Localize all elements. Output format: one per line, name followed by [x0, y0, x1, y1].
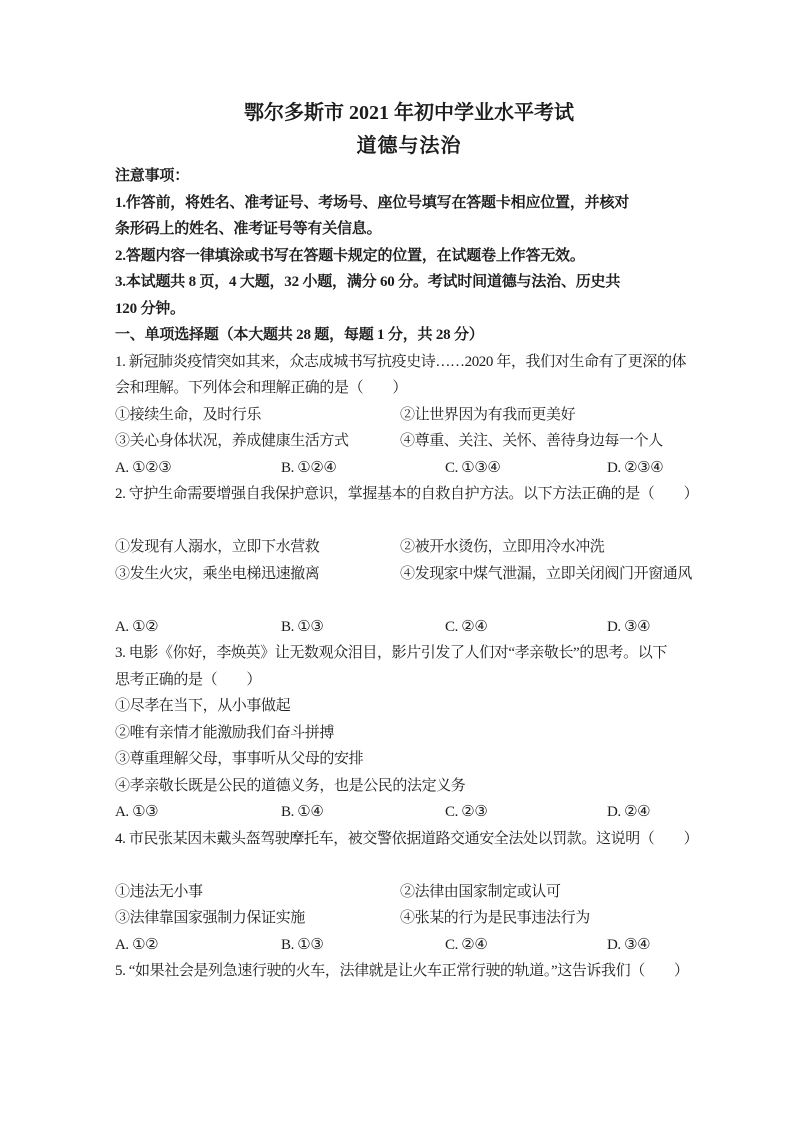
question-4-options-row-1: ①违法无小事②法律由国家制定或认可 [115, 879, 703, 906]
notice-line-1: 1.作答前，将姓名、准考证号、考场号、座位号填写在答题卡相应位置，并核对 [115, 190, 703, 217]
exam-paper-page: 鄂尔多斯市 2021 年初中学业水平考试 道德与法治 注意事项： 1.作答前，将… [0, 0, 793, 1122]
question-4-options-row-1-cell-2: ②法律由国家制定或认可 [400, 879, 703, 906]
spacer [115, 852, 703, 879]
question-2-options-row-1-cell-1: ①发现有人溺水，立即下水营救 [115, 534, 400, 561]
notice-line-4: 3.本试题共 8 页，4 大题，32 小题，满分 60 分。考试时间道德与法治、… [115, 269, 703, 296]
question-4-choices: A. ①②B. ①③C. ②④D. ③④ [115, 932, 703, 959]
question-3-option-4: ④孝亲敬长既是公民的道德义务，也是公民的法定义务 [115, 773, 703, 800]
question-1-options-row-2-cell-2: ④尊重、关注、关怀、善待身边每一个人 [400, 428, 703, 455]
question-1-choices-cell-1: A. ①②③ [115, 455, 281, 482]
question-5-stem: 5. “如果社会是列急速行驶的火车，法律就是让火车正常行驶的轨道。”这告诉我们（… [115, 958, 703, 985]
question-1-choices-cell-3: C. ①③④ [445, 455, 607, 482]
question-2-options-row-2: ③发生火灾，乘坐电梯迅速撤离④发现家中煤气泄漏，立即关闭阀门开窗通风 [115, 561, 703, 588]
question-2-choices-cell-4: D. ③④ [607, 614, 703, 641]
notice-line-5: 120 分钟。 [115, 296, 703, 323]
question-2-choices-cell-2: B. ①③ [281, 614, 445, 641]
notice-line-3: 2.答题内容一律填涂或书写在答题卡规定的位置，在试题卷上作答无效。 [115, 243, 703, 270]
question-4-choices-cell-3: C. ②④ [445, 932, 607, 959]
question-1-options-row-2: ③关心身体状况，养成健康生活方式④尊重、关注、关怀、善待身边每一个人 [115, 428, 703, 455]
question-2-stem: 2. 守护生命需要增强自我保护意识，掌握基本的自救自护方法。以下方法正确的是（ … [115, 481, 703, 508]
question-3-stem-line-2: 思考正确的是（ ） [115, 667, 703, 694]
question-1-stem-line-1: 1. 新冠肺炎疫情突如其来，众志成城书写抗疫史诗……2020 年，我们对生命有了… [115, 349, 703, 376]
question-3-choices-cell-3: C. ②③ [445, 799, 607, 826]
exam-subject: 道德与法治 [115, 130, 703, 163]
question-3-choices-cell-4: D. ②④ [607, 799, 703, 826]
question-1-choices: A. ①②③B. ①②④C. ①③④D. ②③④ [115, 455, 703, 482]
question-3-choices-cell-1: A. ①③ [115, 799, 281, 826]
question-4-choices-cell-2: B. ①③ [281, 932, 445, 959]
question-1-options-row-2-cell-1: ③关心身体状况，养成健康生活方式 [115, 428, 400, 455]
question-4-options-row-1-cell-1: ①违法无小事 [115, 879, 400, 906]
question-2-choices-cell-1: A. ①② [115, 614, 281, 641]
question-4-choices-cell-1: A. ①② [115, 932, 281, 959]
question-2-options-row-1: ①发现有人溺水，立即下水营救②被开水烫伤，立即用冷水冲洗 [115, 534, 703, 561]
question-4-options-row-2-cell-2: ④张某的行为是民事违法行为 [400, 905, 703, 932]
question-1-options-row-1: ①接续生命，及时行乐②让世界因为有我而更美好 [115, 402, 703, 429]
question-3-option-3: ③尊重理解父母，事事听从父母的安排 [115, 746, 703, 773]
question-2-options-row-2-cell-2: ④发现家中煤气泄漏，立即关闭阀门开窗通风 [400, 561, 703, 588]
question-3-choices: A. ①③B. ①④C. ②③D. ②④ [115, 799, 703, 826]
question-4-choices-cell-4: D. ③④ [607, 932, 703, 959]
question-3-stem-line-1: 3. 电影《你好，李焕英》让无数观众泪目，影片引发了人们对“孝亲敬长”的思考。以… [115, 640, 703, 667]
question-1-options-row-1-cell-2: ②让世界因为有我而更美好 [400, 402, 703, 429]
question-4-options-row-2-cell-1: ③法律靠国家强制力保证实施 [115, 905, 400, 932]
question-3-option-1: ①尽孝在当下，从小事做起 [115, 693, 703, 720]
question-body: 1. 新冠肺炎疫情突如其来，众志成城书写抗疫史诗……2020 年，我们对生命有了… [115, 349, 703, 985]
question-3-option-2: ②唯有亲情才能激励我们奋斗拼搏 [115, 720, 703, 747]
exam-title: 鄂尔多斯市 2021 年初中学业水平考试 [115, 96, 703, 130]
question-2-options-row-2-cell-1: ③发生火灾，乘坐电梯迅速撤离 [115, 561, 400, 588]
question-1-options-row-1-cell-1: ①接续生命，及时行乐 [115, 402, 400, 429]
question-4-options-row-2: ③法律靠国家强制力保证实施④张某的行为是民事违法行为 [115, 905, 703, 932]
spacer [115, 587, 703, 614]
section-heading: 一、单项选择题（本大题共 28 题，每题 1 分，共 28 分） [115, 322, 703, 349]
notice-line-2: 条形码上的姓名、准考证号等有关信息。 [115, 216, 703, 243]
notice-heading: 注意事项： [115, 163, 703, 190]
question-3-choices-cell-2: B. ①④ [281, 799, 445, 826]
question-2-options-row-1-cell-2: ②被开水烫伤，立即用冷水冲洗 [400, 534, 703, 561]
question-2-choices-cell-3: C. ②④ [445, 614, 607, 641]
question-2-choices: A. ①②B. ①③C. ②④D. ③④ [115, 614, 703, 641]
question-1-choices-cell-2: B. ①②④ [281, 455, 445, 482]
question-1-stem-line-2: 会和理解。下列体会和理解正确的是（ ） [115, 375, 703, 402]
notice-list: 1.作答前，将姓名、准考证号、考场号、座位号填写在答题卡相应位置，并核对条形码上… [115, 190, 703, 323]
spacer [115, 508, 703, 535]
question-1-choices-cell-4: D. ②③④ [607, 455, 703, 482]
question-4-stem: 4. 市民张某因未戴头盔驾驶摩托车，被交警依据道路交通安全法处以罚款。这说明（ … [115, 826, 703, 853]
